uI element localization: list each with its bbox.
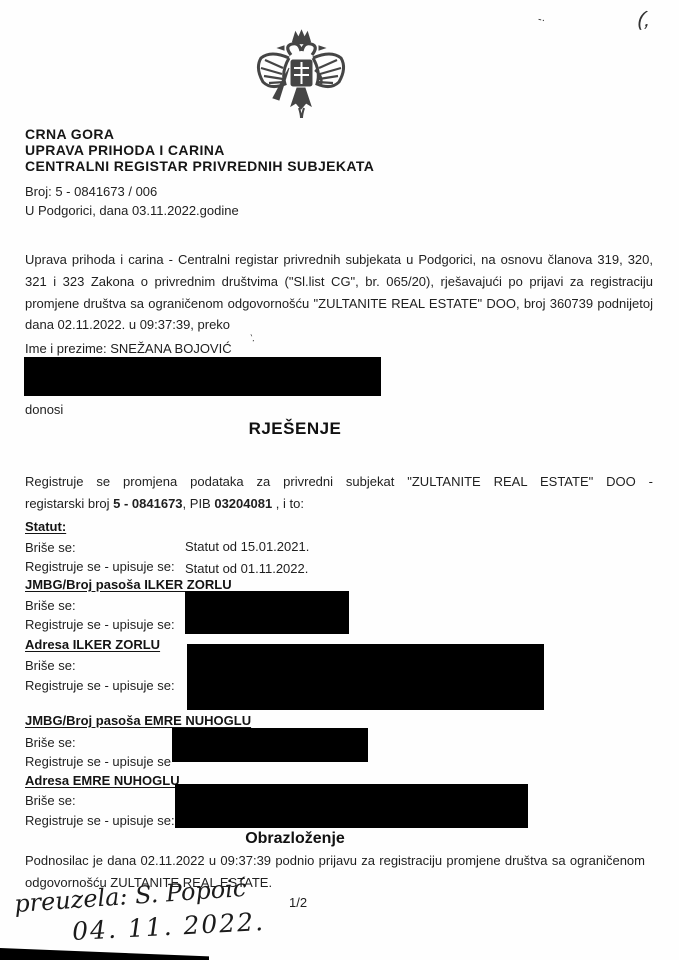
page-number: 1/2 — [289, 893, 307, 912]
row-label: Registruje se - upisuje se: — [25, 615, 175, 634]
row-label: Briše se: — [25, 538, 76, 557]
section-heading-adresa-ilker: Adresa ILKER ZORLU — [25, 637, 160, 652]
place-date-line: U Podgorici, dana 03.11.2022.godine — [25, 201, 239, 220]
row-label: Briše se: — [25, 656, 76, 675]
intro-paragraph: Uprava prihoda i carina - Centralni regi… — [25, 249, 653, 336]
section-heading-adresa-emre: Adresa EMRE NUHOGLU — [25, 773, 180, 788]
redaction-block — [187, 644, 544, 710]
decision-line2-mid: , PIB — [183, 496, 215, 511]
redaction-block — [175, 784, 528, 828]
section-heading-jmbg-emre: JMBG/Broj pasoša EMRE NUHOGLU — [25, 713, 251, 728]
obrazlozenje-heading: Obrazloženje — [25, 830, 565, 848]
document-number-line: Broj: 5 - 0841673 / 006 — [25, 182, 157, 201]
redaction-block — [185, 591, 349, 634]
org-name-line2: UPRAVA PRIHODA I CARINA — [25, 143, 225, 159]
scan-artifact-wedge — [0, 947, 209, 960]
scan-artifact-mark: -· — [537, 13, 547, 26]
donosi-line: donosi — [25, 400, 63, 419]
pib-number: 03204081 — [214, 496, 272, 511]
section-heading-statut: Statut: — [25, 519, 66, 534]
row-label: Registruje se - upisuje se: — [25, 676, 175, 695]
row-label: Briše se: — [25, 733, 76, 752]
row-label: Briše se: — [25, 791, 76, 810]
registration-number: 5 - 0841673 — [113, 496, 182, 511]
montenegro-coat-of-arms-icon — [253, 24, 349, 131]
row-label: Briše se: — [25, 596, 76, 615]
redaction-block — [24, 357, 381, 396]
decision-intro-line2: registarski broj 5 - 0841673, PIB 032040… — [25, 494, 653, 513]
handwritten-date: 04. 11. 2022. — [71, 907, 265, 946]
document-title: RJEŠENJE — [25, 419, 565, 439]
scan-artifact-curl: (, — [636, 7, 652, 33]
decision-line2-pre: registarski broj — [25, 496, 113, 511]
row-value: Statut od 15.01.2021. — [185, 537, 309, 556]
row-label: Registruje se - upisuje se — [25, 752, 171, 771]
row-label: Registruje se - upisuje se: — [25, 811, 175, 830]
section-heading-jmbg-ilker: JMBG/Broj pasoša ILKER ZORLU — [25, 577, 232, 592]
decision-intro-line1: Registruje se promjena podataka za privr… — [25, 471, 653, 493]
org-name-line1: CRNA GORA — [25, 127, 114, 143]
redaction-block — [172, 728, 368, 762]
decision-line2-post: , i to: — [272, 496, 304, 511]
row-value: Statut od 01.11.2022. — [185, 559, 308, 578]
officer-name-line: Ime i prezime: SNEŽANA BOJOVIĆ — [25, 339, 232, 358]
row-label: Registruje se - upisuje se: — [25, 557, 175, 576]
scanned-document-page: -· (, CRNA GORA UPRAVA PRIHODA I CARINA … — [0, 0, 679, 960]
org-name-line3: CENTRALNI REGISTAR PRIVREDNIH SUBJEKATA — [25, 159, 374, 175]
